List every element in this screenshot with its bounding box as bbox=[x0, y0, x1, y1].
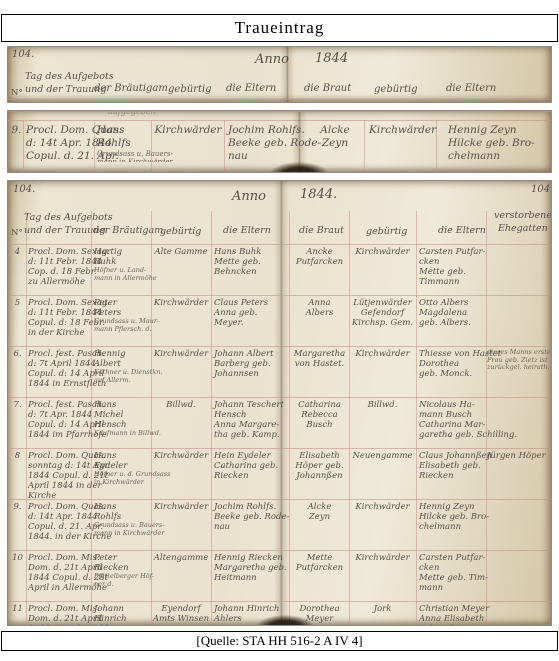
cell-no: 8 bbox=[10, 451, 25, 461]
cell-bride-parents: Claus JohannßenElisabeth geb.Riecken bbox=[419, 451, 485, 481]
folio-number-right: 104 bbox=[531, 184, 550, 195]
cell-groom-birth: Alte Gamme bbox=[152, 247, 210, 257]
cell-groom-parents: Johann TeschertHenschAnna Margare-tha ge… bbox=[214, 400, 278, 440]
cell-groom-parents: Hennig RieckenMargaretha geb.Heitmann bbox=[214, 553, 278, 583]
cell-tag: Procl. Dom. Sexag.d: 11t Febr. 1844Cop. … bbox=[28, 247, 90, 287]
cell-groom: HartigBuhkHöfner u. Land-mann in Allermö… bbox=[94, 247, 150, 282]
col-header-birth: gebürtig bbox=[160, 226, 201, 237]
rule-line bbox=[8, 99, 551, 100]
cell-groom-birth: Kirchwärder bbox=[152, 349, 210, 359]
source-caption: [Quelle: STA HH 516-2 A IV 4] bbox=[196, 633, 362, 649]
col-header-groom: der Bräutigam bbox=[94, 83, 168, 94]
anno-label: Anno bbox=[232, 189, 266, 204]
col-header-no: N° bbox=[11, 88, 23, 98]
col-header-parents-2: die Eltern bbox=[438, 225, 486, 236]
cell-no: 4 bbox=[10, 247, 25, 257]
col-header-bride: die Braut bbox=[299, 225, 344, 236]
cell-bride: CatharinaRebeccaBusch bbox=[291, 400, 348, 430]
cell-bride: AlckeZeyn bbox=[306, 124, 364, 150]
cell-tag: Procl. fest. Pasch.d: 7t April 1844.Copu… bbox=[28, 349, 90, 389]
cell-no: 11 bbox=[10, 604, 25, 614]
cell-groom: HansEydelerHöfner u. d. Grundsassin Kirc… bbox=[94, 451, 150, 486]
cell-bride: AlckeZeyn bbox=[291, 502, 348, 522]
cell-groom: PeterRieckenPfättelberger Höf-ner d. bbox=[94, 553, 150, 588]
register-row: 6.Procl. fest. Pasch.d: 7t April 1844.Co… bbox=[8, 346, 551, 397]
cell-tag: Procl. Dom. Quas.d: 14t Apr. 1844Copul. … bbox=[28, 502, 90, 542]
cell-bride-parents: Christian MeyerAnna Elisabethgeb. Niben. bbox=[419, 604, 485, 626]
cell-groom: PeterPetersGrundsass u. Maur-mann Pflers… bbox=[94, 298, 150, 333]
cell-groom-birth: Billwd. bbox=[152, 400, 210, 410]
col-header-parents-2: die Eltern bbox=[446, 83, 496, 94]
cell-tag: Procl. Dom. Mis.Dom. d. 21t April1844 Co… bbox=[28, 553, 90, 593]
cell-groom-birth: Kirchwärder bbox=[152, 298, 210, 308]
cell-groom: HansMichelHenschKaufmann in Billwd. bbox=[94, 400, 150, 438]
cell-groom-birth: Kirchwärder bbox=[154, 124, 222, 137]
cell-tag: Procl. fest. Pasch.d: 7t Apr. 1844Copul.… bbox=[28, 400, 90, 440]
register-row: 4Procl. Dom. Sexag.d: 11t Febr. 1844Cop.… bbox=[8, 244, 551, 295]
cell-groom-parents: Johann AlbertBarberg geb.Johannsen bbox=[214, 349, 278, 379]
cell-bride: AnnaAlbers bbox=[291, 298, 348, 318]
cell-groom: HansRohlfsGrundsass u. Bauers-mann in Ki… bbox=[97, 124, 151, 162]
register-row: 7.Procl. fest. Pasch.d: 7t Apr. 1844Copu… bbox=[8, 397, 551, 448]
cell-groom-birth: Kirchwärder bbox=[152, 451, 210, 461]
cell-groom-parents: Johann HinrichAhlersAnna Dorotheageb. Be… bbox=[214, 604, 278, 626]
cell-tag: Procl. Dom. Mis.Dom. d. 21t April1844. C… bbox=[28, 604, 90, 626]
cell-groom-birth: Altengamme bbox=[152, 553, 210, 563]
col-header-widowed-2: Ehegatten bbox=[498, 223, 548, 234]
cell-groom-parents: Claus PetersAnna geb.Meyer. bbox=[214, 298, 278, 328]
cell-bride-parents: Carsten Putfar-ckenMette geb.Timmann bbox=[419, 247, 485, 287]
cell-bride-birth: Billwd. bbox=[351, 400, 414, 410]
cell-groom-parents: Hein EydelerCatharina geb.Riecken bbox=[214, 451, 278, 481]
col-header-widowed-1: verstorbene bbox=[494, 210, 552, 221]
cell-bride-birth: Kirchwärder bbox=[351, 247, 414, 257]
cell-bride-birth: Kirchwärder bbox=[369, 124, 434, 137]
cell-no: 7. bbox=[10, 400, 25, 410]
traueintrag-page: Traueintrag 104. Anno 1844 N° Tag des Au… bbox=[0, 0, 559, 661]
title-frame: Traueintrag bbox=[1, 14, 558, 42]
cell-tag: Procl. Dom. Quas.d: 14t Apr. 1844Copul. … bbox=[26, 124, 93, 162]
cell-bride-birth: LütjenwärderGefendorfKirchsp. Gem. bbox=[351, 298, 414, 328]
register-row-scan: aufgegeben 9.Procl. Dom. Quas.d: 14t Apr… bbox=[7, 110, 552, 173]
book-fold bbox=[280, 47, 295, 102]
register-row: 8Procl. Dom. Quas.sonntag d: 14t Apr.184… bbox=[8, 448, 551, 499]
col-header-bride: die Braut bbox=[304, 83, 351, 94]
cell-bride-parents: Otto AlbersMagdalenageb. Albers. bbox=[419, 298, 485, 328]
anno-year: 1844 bbox=[315, 51, 348, 66]
register-header-scan: 104. Anno 1844 N° Tag des Aufgebots und … bbox=[7, 46, 552, 103]
cell-bride: DorotheaMeyer bbox=[291, 604, 348, 624]
page-title: Traueintrag bbox=[235, 18, 325, 38]
col-header-birth-2: gebürtig bbox=[374, 84, 418, 95]
cell-widowed: dieses Manns ersteFrau geb. Zietz istzur… bbox=[487, 349, 550, 372]
cell-no: 10 bbox=[10, 553, 25, 563]
cell-groom: JohannHinrichAhlersHöfner in Lüftburg bbox=[94, 604, 150, 626]
cell-bride-parents: Thiesse von HastetDorotheageb. Monck. bbox=[419, 349, 485, 379]
col-header-no: N° bbox=[11, 228, 23, 238]
folio-number: 104. bbox=[12, 49, 34, 60]
register-rows-container: 4Procl. Dom. Sexag.d: 11t Febr. 1844Cop.… bbox=[8, 244, 551, 625]
cell-groom: HennigAlbertKäthner u. Dienstkn.auf Alle… bbox=[94, 349, 150, 384]
excerpt-row-container: 9.Procl. Dom. Quas.d: 14t Apr. 1844Copul… bbox=[8, 111, 551, 173]
cell-no: 5 bbox=[10, 298, 25, 308]
col-header-groom: der Bräutigam bbox=[93, 225, 163, 236]
cell-bride-birth: Neuengamme bbox=[351, 451, 414, 461]
col-header-parents: die Eltern bbox=[226, 83, 276, 94]
col-header-birth-2: gebürtig bbox=[366, 226, 407, 237]
col-header-parents: die Eltern bbox=[223, 225, 271, 236]
cell-bride-birth: Kirchwärder bbox=[351, 502, 414, 512]
cell-bride-birth: Kirchwärder bbox=[351, 553, 414, 563]
col-header-tag-1: Tag des Aufgebots bbox=[25, 71, 114, 82]
cell-no: 9. bbox=[10, 124, 23, 137]
anno-year: 1844. bbox=[300, 187, 337, 202]
cell-no: 6. bbox=[10, 349, 25, 359]
cell-no: 9. bbox=[10, 502, 25, 512]
cell-groom-birth: Kirchwärder bbox=[152, 502, 210, 512]
caption-frame: [Quelle: STA HH 516-2 A IV 4] bbox=[1, 631, 558, 651]
cell-groom-parents: Jochim Rohlfs.Beeke geb. Rode-nau bbox=[214, 502, 278, 532]
register-row: 9.Procl. Dom. Quas.d: 14t Apr. 1844Copul… bbox=[8, 499, 551, 550]
cell-bride-parents: Hennig ZeynHilcke geb. Bro-chelmann bbox=[448, 124, 548, 162]
cell-bride-parents: Nicolaus Ha-mann BuschCatharina Mar-gare… bbox=[419, 400, 485, 440]
cell-groom-birth: EyendorfAmts Winsen bbox=[152, 604, 210, 624]
folio-number-left: 104. bbox=[13, 184, 35, 195]
cell-groom-parents: Jochim Rohlfs.Beeke geb. Rode-nau bbox=[228, 124, 300, 162]
register-page-scan: 104. Anno 1844. 104 N° Tag des Aufgebots… bbox=[7, 180, 552, 626]
register-row: 10Procl. Dom. Mis.Dom. d. 21t April1844 … bbox=[8, 550, 551, 601]
register-row: 11Procl. Dom. Mis.Dom. d. 21t April1844.… bbox=[8, 601, 551, 626]
cell-bride-parents: Hennig ZeynHilcke geb. Bro-chelmann bbox=[419, 502, 485, 532]
cell-groom: HansRohlfsGrundsass u. Bauers-mann in Ki… bbox=[94, 502, 150, 537]
cell-bride: Margarethavon Hastet. bbox=[291, 349, 348, 369]
cell-tag: Procl. Dom. Sexag.d: 11t Febr. 1844Copul… bbox=[28, 298, 90, 338]
cell-bride: AnckePutfarcken bbox=[291, 247, 348, 267]
cell-bride-parents: Carsten Putfar-ckenMette geb. Tim-mann bbox=[419, 553, 485, 593]
col-header-tag-1: Tag des Aufgebots bbox=[24, 212, 113, 223]
cell-bride: MettePutfarcken bbox=[291, 553, 348, 573]
register-row: 5Procl. Dom. Sexag.d: 11t Febr. 1844Copu… bbox=[8, 295, 551, 346]
cell-widowed: Jürgen Höper bbox=[487, 451, 550, 461]
cell-bride-birth: Kirchwärder bbox=[351, 349, 414, 359]
cell-bride-birth: Jork bbox=[351, 604, 414, 614]
cell-bride: ElisabethHöper geb.Johannßen bbox=[291, 451, 348, 481]
col-header-birth: gebürtig bbox=[168, 84, 212, 95]
cell-groom-parents: Hans BuhkMette geb.Behncken bbox=[214, 247, 278, 277]
cell-tag: Procl. Dom. Quas.sonntag d: 14t Apr.1844… bbox=[28, 451, 90, 499]
register-row: 9.Procl. Dom. Quas.d: 14t Apr. 1844Copul… bbox=[8, 111, 551, 162]
